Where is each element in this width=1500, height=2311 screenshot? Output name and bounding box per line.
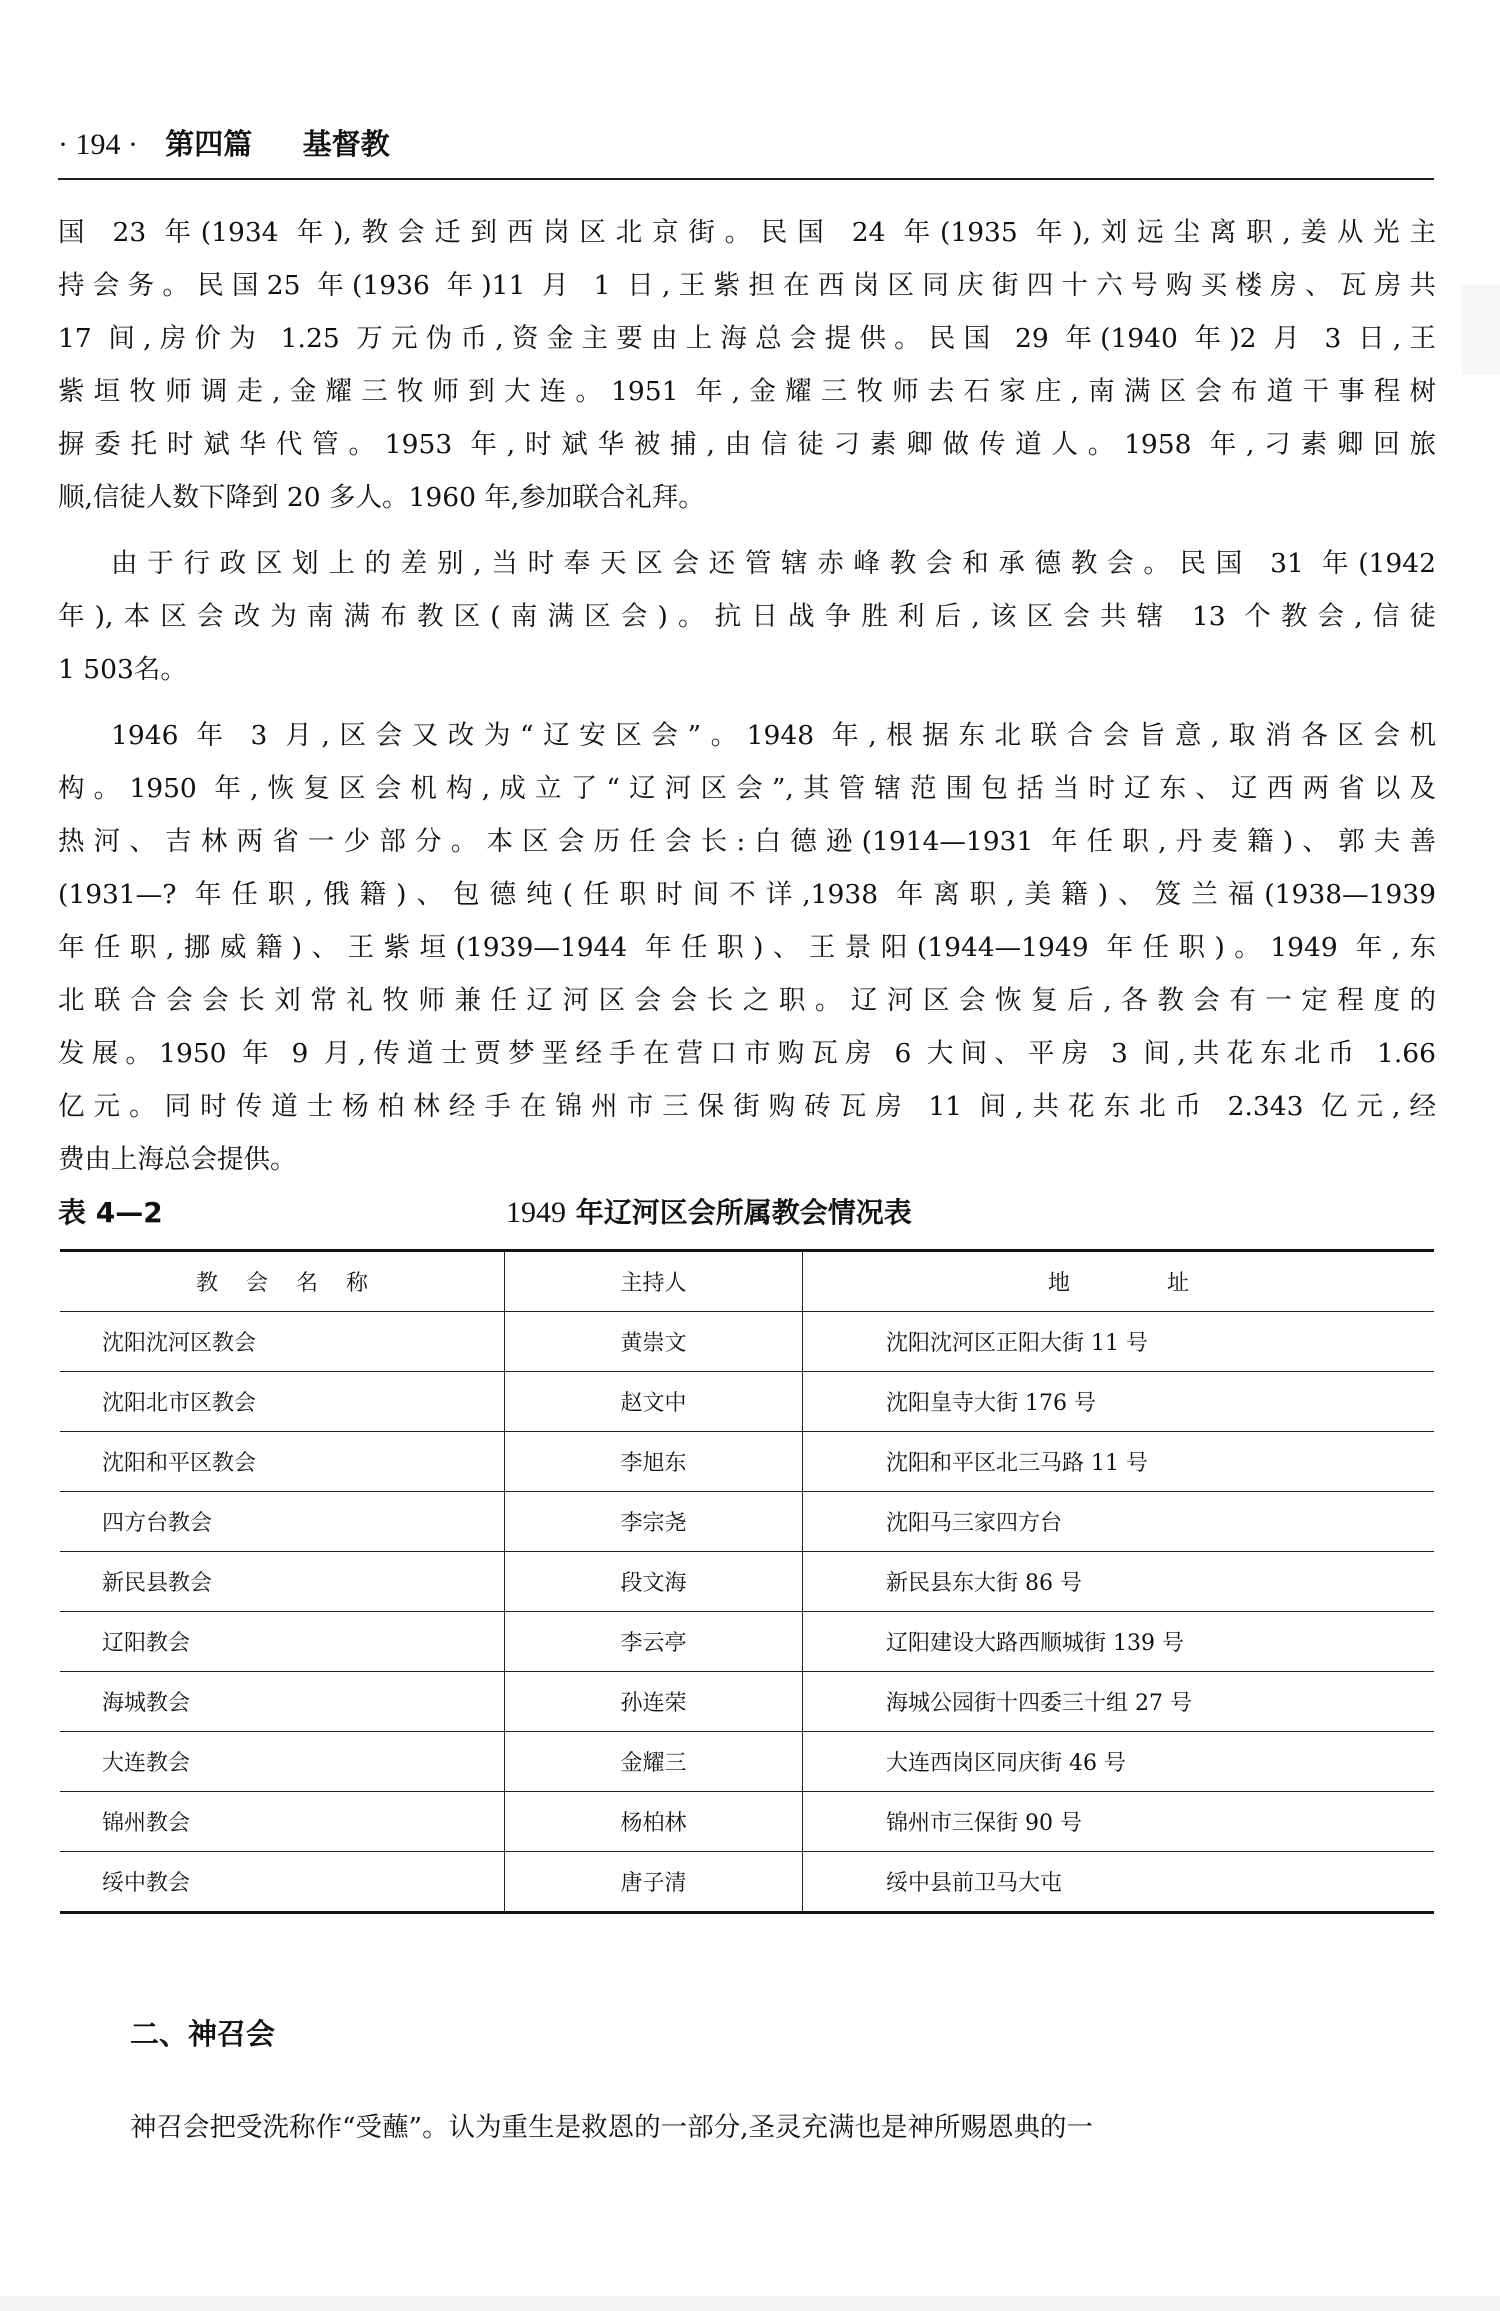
table-number: 表 4—2	[58, 1191, 163, 1231]
church-name: 大连教会	[60, 1732, 505, 1792]
text-line: 年任职,挪威籍)、王紫垣(1939—1944 年任职)、王景阳(1944—194…	[58, 921, 1436, 974]
church-name: 沈阳北市区教会	[60, 1372, 505, 1432]
table-title: 1949 年辽河区会所属教会情况表	[506, 1191, 912, 1231]
table-row: 辽阳教会 李云亭 辽阳建设大路西顺城街 139 号	[60, 1612, 1434, 1672]
body-text: 国 23 年(1934 年),教会迁到西岗区北京街。民国 24 年(1935 年…	[58, 206, 1436, 1186]
address: 锦州市三保街 90 号	[803, 1792, 1435, 1852]
table-row: 锦州教会 杨柏林 锦州市三保街 90 号	[60, 1792, 1434, 1852]
column-header-host: 主持人	[505, 1251, 803, 1312]
text-line: 1946 年 3 月,区会又改为“辽安区会”。1948 年,根据东北联合会旨意,…	[58, 709, 1436, 762]
running-header: · 194 · 第四篇 基督教	[58, 122, 390, 163]
church-name: 锦州教会	[60, 1792, 505, 1852]
paragraph-1: 国 23 年(1934 年),教会迁到西岗区北京街。民国 24 年(1935 年…	[58, 206, 1436, 524]
column-header-address: 地 址	[803, 1251, 1435, 1312]
host-name: 杨柏林	[505, 1792, 803, 1852]
host-name: 黄崇文	[505, 1312, 803, 1372]
address: 海城公园街十四委三十组 27 号	[803, 1672, 1435, 1732]
address: 沈阳沈河区正阳大街 11 号	[803, 1312, 1435, 1372]
host-name: 李旭东	[505, 1432, 803, 1492]
church-name: 新民县教会	[60, 1552, 505, 1612]
host-name: 赵文中	[505, 1372, 803, 1432]
text-line: 亿元。同时传道士杨柏林经手在锦州市三保街购砖瓦房 11 间,共花东北币 2.34…	[58, 1080, 1436, 1133]
host-name: 段文海	[505, 1552, 803, 1612]
church-table: 教会名称 主持人 地 址 沈阳沈河区教会 黄崇文 沈阳沈河区正阳大街 11 号 …	[60, 1249, 1434, 1914]
address: 沈阳马三家四方台	[803, 1492, 1435, 1552]
church-name: 沈阳沈河区教会	[60, 1312, 505, 1372]
host-name: 李宗尧	[505, 1492, 803, 1552]
table-row: 大连教会 金耀三 大连西岗区同庆街 46 号	[60, 1732, 1434, 1792]
address: 沈阳皇寺大街 176 号	[803, 1372, 1435, 1432]
chapter-title: 基督教	[303, 127, 390, 161]
church-name: 辽阳教会	[60, 1612, 505, 1672]
table-header-row: 教会名称 主持人 地 址	[60, 1251, 1434, 1312]
table-row: 沈阳沈河区教会 黄崇文 沈阳沈河区正阳大街 11 号	[60, 1312, 1434, 1372]
table-row: 绥中教会 唐子清 绥中县前卫马大屯	[60, 1852, 1434, 1913]
table-caption: 表 4—2 1949 年辽河区会所属教会情况表	[58, 1191, 1434, 1231]
address: 沈阳和平区北三马路 11 号	[803, 1432, 1435, 1492]
table-row: 四方台教会 李宗尧 沈阳马三家四方台	[60, 1492, 1434, 1552]
address: 辽阳建设大路西顺城街 139 号	[803, 1612, 1435, 1672]
text-line: 构。1950 年,恢复区会机构,成立了“辽河区会”,其管辖范围包括当时辽东、辽西…	[58, 762, 1436, 815]
page-bottom-shade	[0, 2296, 1500, 2311]
text-line: 紫垣牧师调走,金耀三牧师到大连。1951 年,金耀三牧师去石家庄,南满区会布道干…	[58, 365, 1436, 418]
host-name: 孙连荣	[505, 1672, 803, 1732]
text-line: 17 间,房价为 1.25 万元伪币,资金主要由上海总会提供。民国 29 年(1…	[58, 312, 1436, 365]
address: 绥中县前卫马大屯	[803, 1852, 1435, 1913]
host-name: 唐子清	[505, 1852, 803, 1913]
text-line: 费由上海总会提供。	[58, 1133, 1436, 1186]
column-header-church-name: 教会名称	[60, 1251, 505, 1312]
paragraph-2: 由于行政区划上的差别,当时奉天区会还管辖赤峰教会和承德教会。民国 31 年(19…	[58, 537, 1436, 696]
part-label: 第四篇	[165, 127, 252, 161]
church-name: 海城教会	[60, 1672, 505, 1732]
church-name: 沈阳和平区教会	[60, 1432, 505, 1492]
text-line: 国 23 年(1934 年),教会迁到西岗区北京街。民国 24 年(1935 年…	[58, 206, 1436, 259]
section-heading: 二、神召会	[130, 2012, 275, 2053]
text-line: 由于行政区划上的差别,当时奉天区会还管辖赤峰教会和承德教会。民国 31 年(19…	[58, 537, 1436, 590]
table-row: 海城教会 孙连荣 海城公园街十四委三十组 27 号	[60, 1672, 1434, 1732]
address: 大连西岗区同庆街 46 号	[803, 1732, 1435, 1792]
page-number: · 194 ·	[58, 128, 138, 161]
text-line: 热河、吉林两省一少部分。本区会历任会长:白德逊(1914—1931 年任职,丹麦…	[58, 815, 1436, 868]
page-edge-shade	[1462, 285, 1500, 375]
text-line: 北联合会会长刘常礼牧师兼任辽河区会会长之职。辽河区会恢复后,各教会有一定程度的	[58, 974, 1436, 1027]
text-line: (1931—? 年任职,俄籍)、包德纯(任职时间不详,1938 年离职,美籍)、…	[58, 868, 1436, 921]
text-line: 持会务。民国25 年(1936 年)11 月 1 日,王紫担在西岗区同庆街四十六…	[58, 259, 1436, 312]
church-name: 绥中教会	[60, 1852, 505, 1913]
table-row: 沈阳北市区教会 赵文中 沈阳皇寺大街 176 号	[60, 1372, 1434, 1432]
text-line: 1 503名。	[58, 643, 1436, 696]
paragraph-3: 1946 年 3 月,区会又改为“辽安区会”。1948 年,根据东北联合会旨意,…	[58, 709, 1436, 1186]
table-row: 新民县教会 段文海 新民县东大街 86 号	[60, 1552, 1434, 1612]
text-line: 顺,信徒人数下降到 20 多人。1960 年,参加联合礼拜。	[58, 471, 1436, 524]
text-line: 摒委托时斌华代管。1953 年,时斌华被捕,由信徒刁素卿做传道人。1958 年,…	[58, 418, 1436, 471]
section-first-line: 神召会把受洗称作“受蘸”。认为重生是救恩的一部分,圣灵充满也是神所赐恩典的一	[130, 2105, 1435, 2144]
header-rule	[58, 178, 1434, 180]
table-row: 沈阳和平区教会 李旭东 沈阳和平区北三马路 11 号	[60, 1432, 1434, 1492]
host-name: 金耀三	[505, 1732, 803, 1792]
text-line: 年),本区会改为南满布教区(南满区会)。抗日战争胜利后,该区会共辖 13 个教会…	[58, 590, 1436, 643]
text-line: 发展。1950 年 9 月,传道士贾梦垩经手在营口市购瓦房 6 大间、平房 3 …	[58, 1027, 1436, 1080]
host-name: 李云亭	[505, 1612, 803, 1672]
address: 新民县东大街 86 号	[803, 1552, 1435, 1612]
church-name: 四方台教会	[60, 1492, 505, 1552]
